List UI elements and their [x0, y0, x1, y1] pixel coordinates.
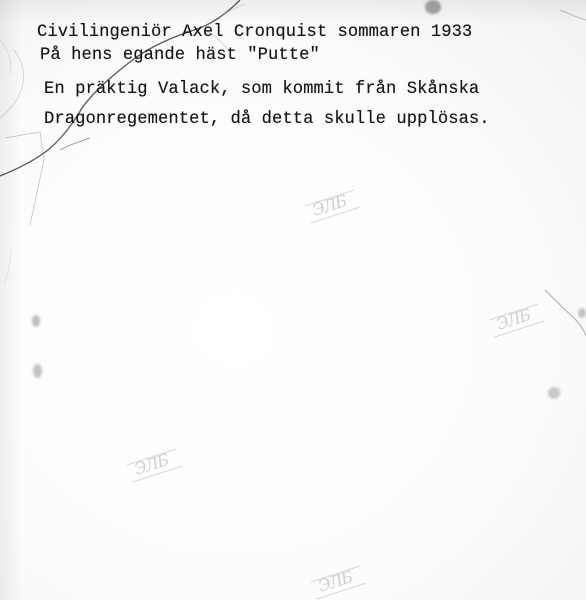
- caption-line-2: På hens egande häst "Putte": [40, 46, 320, 65]
- caption-line-1: Civilingeniör Axel Cronquist sommaren 19…: [37, 23, 472, 42]
- faint-stamp: ЭЛБ: [316, 567, 355, 596]
- top-edge-shadow: [0, 0, 586, 24]
- scanned-document: Civilingeniör Axel Cronquist sommaren 19…: [0, 0, 586, 600]
- left-edge-shadow: [0, 0, 22, 600]
- ink-blot: [32, 315, 40, 327]
- ink-blot: [425, 0, 441, 14]
- faint-stamp: ЭЛБ: [132, 450, 171, 479]
- ink-blot: [33, 364, 42, 378]
- caption-line-4: Dragonregementet, då detta skulle upplös…: [44, 110, 490, 129]
- ink-blot: [578, 308, 586, 318]
- caption-line-3: En präktig Valack, som kommit från Skåns…: [44, 80, 479, 99]
- faint-stamp: ЭЛБ: [494, 305, 533, 334]
- faint-stamp: ЭЛБ: [310, 191, 349, 220]
- ink-blot: [548, 387, 560, 399]
